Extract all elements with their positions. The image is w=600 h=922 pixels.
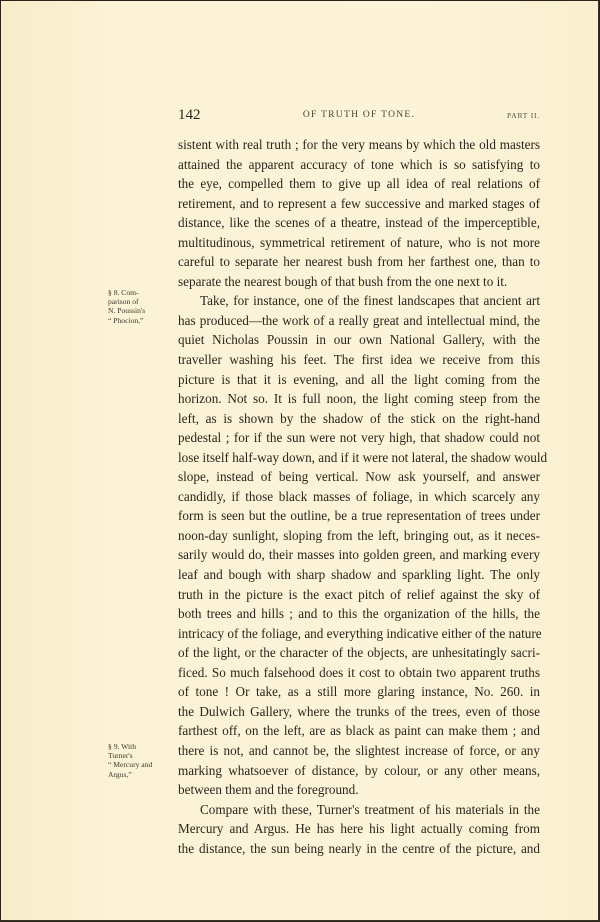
running-title: OF TRUTH OF TONE. <box>178 110 540 120</box>
text-line: sarily would do, their masses into golde… <box>178 545 540 565</box>
sidenote-line: Turner's <box>108 751 176 760</box>
text-line: Compare with these, Turner's treatment o… <box>178 800 540 820</box>
sidenote-line: Argus,” <box>108 770 176 779</box>
sidenote-line: § 8. Com- <box>108 288 176 297</box>
text-line: horizon. Not so. It is full noon, the li… <box>178 389 540 409</box>
text-line: left, as is shown by the shadow of the s… <box>178 409 540 429</box>
sidenote-line: “ Mercury and <box>108 760 176 769</box>
body-text: sistent with real truth ; for the very m… <box>178 135 540 858</box>
text-line: pedestal ; for if the sun were not very … <box>178 428 540 448</box>
sidenote-line: “ Phocion,” <box>108 316 176 325</box>
text-line: retirement, and to represent a few succe… <box>178 194 540 214</box>
text-line: both trees and hills ; and to this the o… <box>178 604 540 624</box>
text-line: multitudinous, symmetrical retirement of… <box>178 233 540 253</box>
sidenote-line: N. Poussin's <box>108 306 176 315</box>
sidenote-line: § 9. With <box>108 742 176 751</box>
paragraph-section-8: Take, for instance, one of the finest la… <box>178 291 540 799</box>
text-line: form is seen but the outline, be a true … <box>178 506 540 526</box>
text-line: leaf and bough with sharp shadow and spa… <box>178 565 540 585</box>
text-line: of tone ! Or take, as a still more glari… <box>178 682 540 702</box>
sidenote-section-9: § 9. With Turner's “ Mercury and Argus,” <box>108 742 176 779</box>
text-line: has produced—the work of a really great … <box>178 311 540 331</box>
text-line: picture is that it is evening, and all t… <box>178 370 540 390</box>
text-line: traveller washing his feet. The first id… <box>178 350 540 370</box>
text-line: farthest off, on the left, are as black … <box>178 721 540 741</box>
text-line: truth in the picture is the exact pitch … <box>178 585 540 605</box>
text-line: careful to separate her nearest bush fro… <box>178 252 540 272</box>
text-line: quiet Nicholas Poussin in our own Nation… <box>178 330 540 350</box>
text-line: attained the apparent accuracy of tone w… <box>178 155 540 175</box>
text-line: Take, for instance, one of the finest la… <box>178 291 540 311</box>
part-label: PART II. <box>507 111 540 120</box>
book-page: 142 OF TRUTH OF TONE. PART II. § 8. Com-… <box>1 1 599 921</box>
text-line: lose itself half-way down, and if it wer… <box>178 448 540 468</box>
paragraph-continuation: sistent with real truth ; for the very m… <box>178 135 540 291</box>
text-line: candidly, if those black masses of folia… <box>178 487 540 507</box>
text-line: distance, like the scenes of a theatre, … <box>178 213 540 233</box>
paragraph-section-9: Compare with these, Turner's treatment o… <box>178 800 540 859</box>
text-line: ficed. So much falsehood does it cost to… <box>178 663 540 683</box>
text-line: the Dulwich Gallery, where the trunks of… <box>178 702 540 722</box>
text-line: noon-day sunlight, sloping from the left… <box>178 526 540 546</box>
text-line: intricacy of the foliage, and everything… <box>178 624 540 644</box>
text-line: slope, instead of being vertical. Now as… <box>178 467 540 487</box>
text-line: the distance, the sun being nearly in th… <box>178 839 540 859</box>
page-header: 142 OF TRUTH OF TONE. PART II. <box>178 107 540 127</box>
text-line: between them and the foreground. <box>178 780 540 800</box>
text-line: Mercury and Argus. He has here his light… <box>178 819 540 839</box>
text-line: of the light, or the character of the ob… <box>178 643 540 663</box>
text-line: marking whatsoever of distance, by colou… <box>178 761 540 781</box>
text-line: separate the nearest bough of that bush … <box>178 272 540 292</box>
text-line: sistent with real truth ; for the very m… <box>178 135 540 155</box>
text-line: the eye, compelled them to give up all i… <box>178 174 540 194</box>
sidenote-section-8: § 8. Com- parison of N. Poussin's “ Phoc… <box>108 288 176 325</box>
text-line: there is not, and cannot be, the slighte… <box>178 741 540 761</box>
sidenote-line: parison of <box>108 297 176 306</box>
